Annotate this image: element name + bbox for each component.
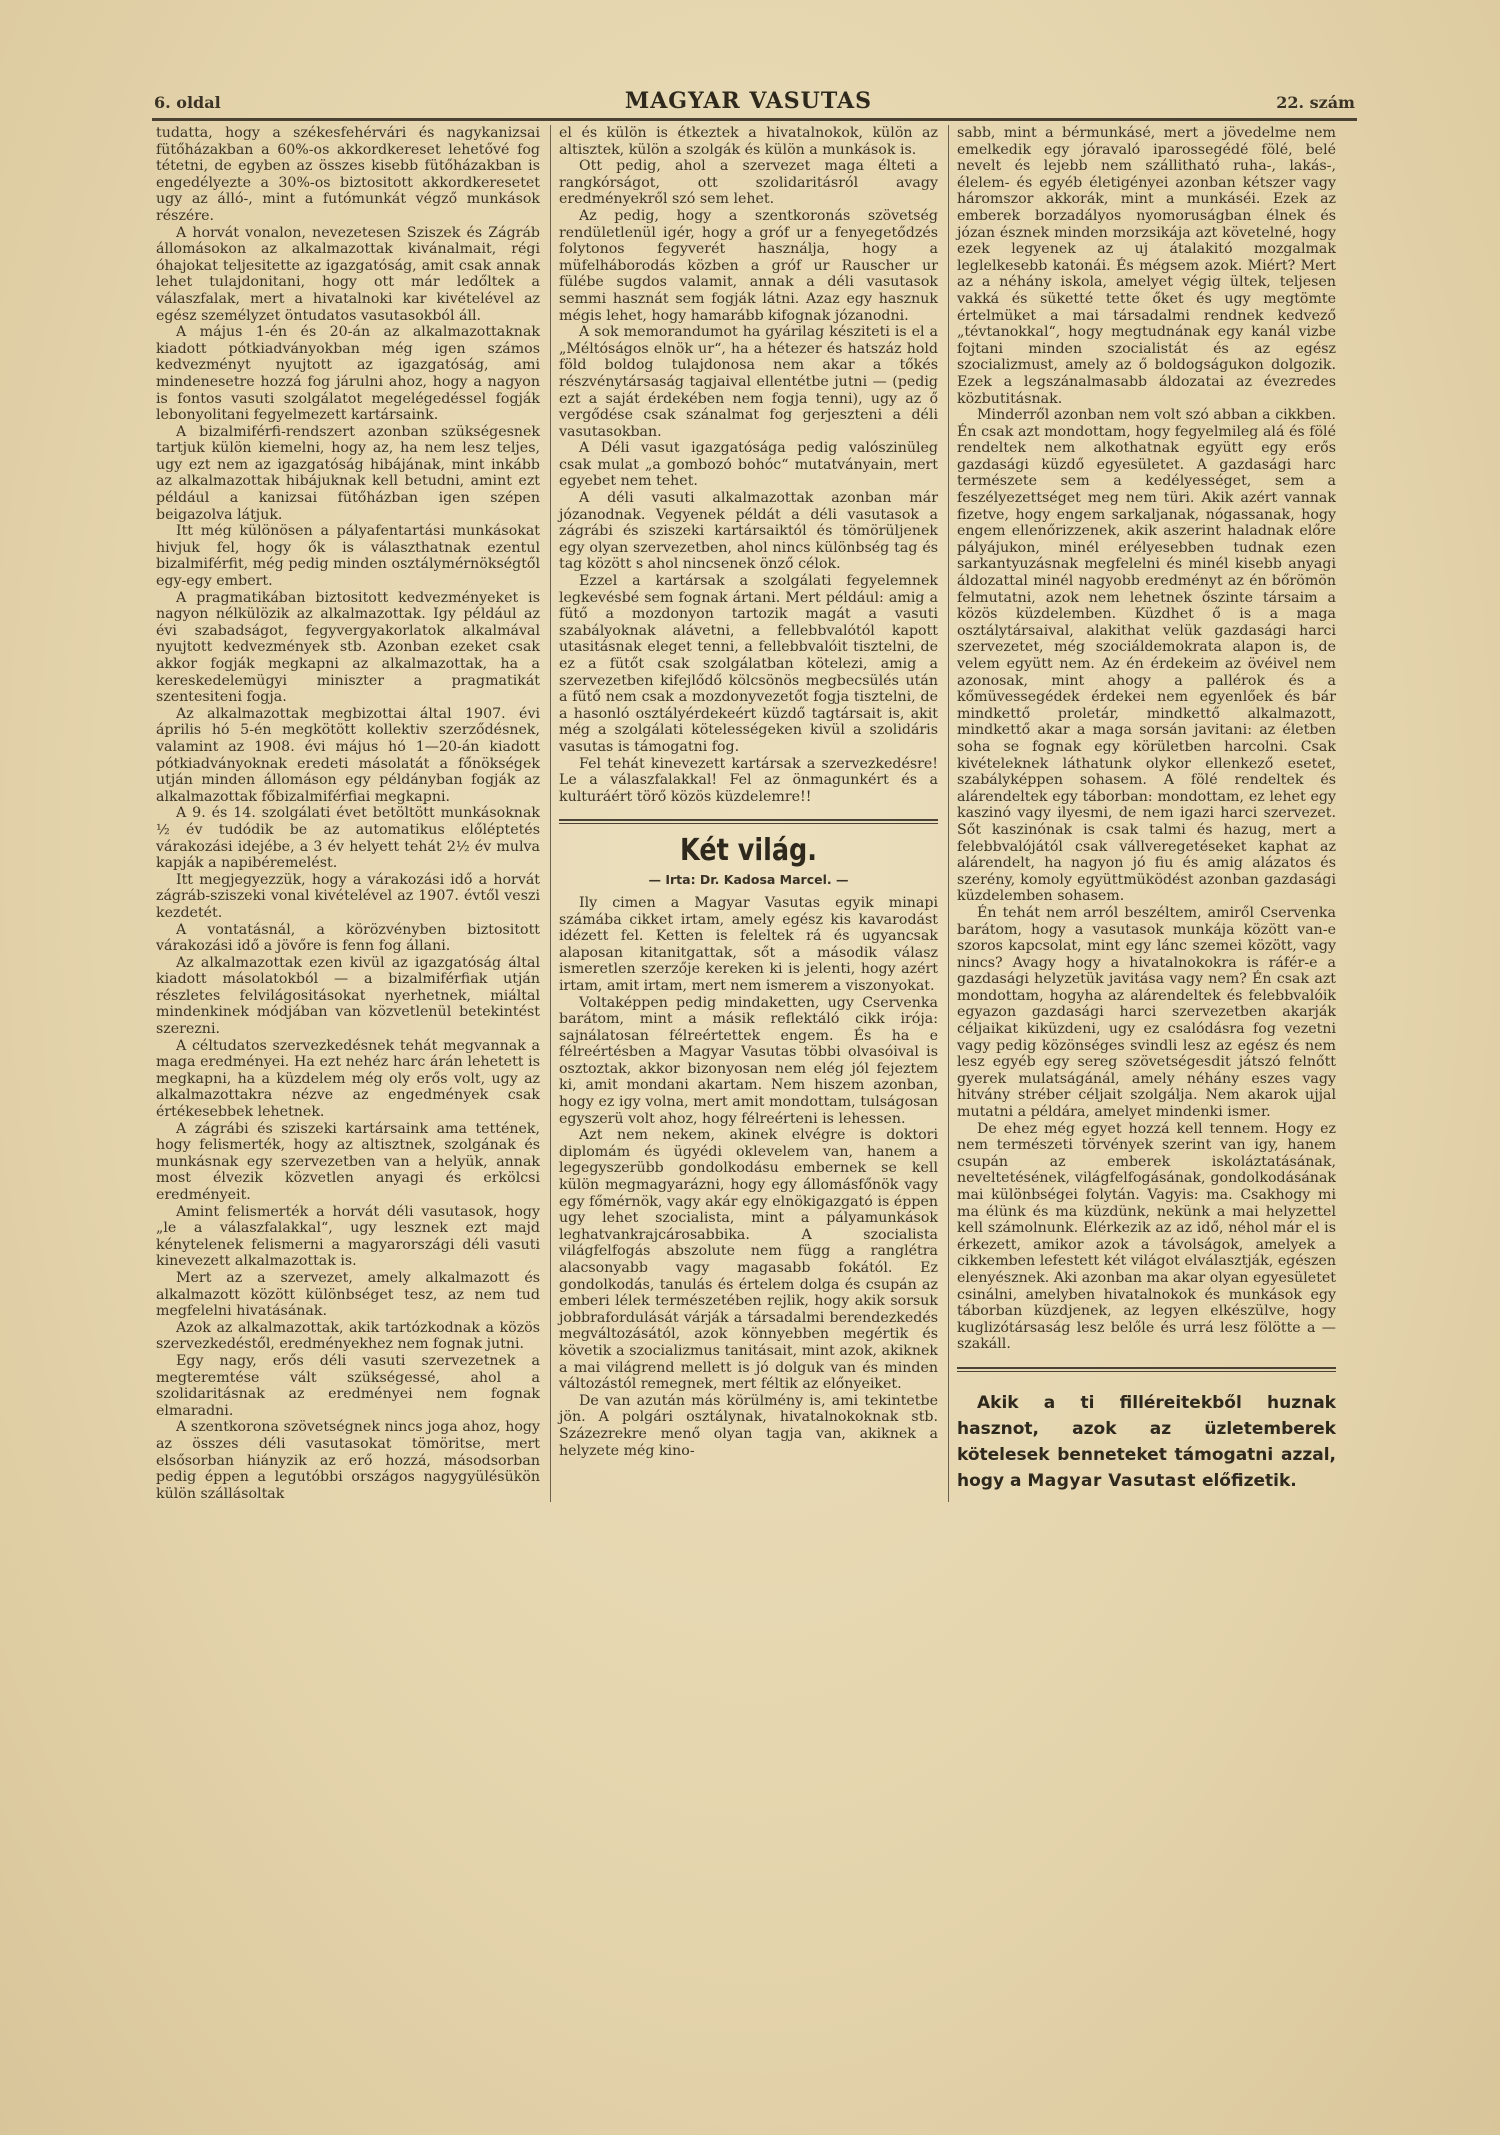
paragraph: A szentkorona szövetségnek nincs joga ah… [156,1419,540,1502]
paragraph: Amint felismerték a horvát déli vasutaso… [156,1204,540,1270]
page-number: 6. oldal [154,93,221,112]
columns: tudatta, hogy a székesfehérvári és nagyk… [152,125,1357,1502]
issue-number: 22. szám [1276,93,1355,112]
paragraph: A horvát vonalon, nevezetesen Sziszek és… [156,225,540,325]
paragraph: A déli vasuti alkalmazottak azonban már … [559,490,938,573]
paragraph: Én tehát nem arról beszéltem, amiről Cse… [957,905,1336,1121]
newspaper-title: MAGYAR VASUTAS [625,88,872,114]
header-rule [152,118,1357,121]
newspaper-page: 6. oldal MAGYAR VASUTAS 22. szám tudatta… [152,88,1357,1502]
paragraph: Az alkalmazottak megbizottai által 1907.… [156,706,540,806]
subscription-promo: Akik a ti filléreitekből huznak hasznot,… [957,1390,1336,1494]
paragraph: De ehez még egyet hozzá kell tennem. Hog… [957,1121,1336,1353]
promo-text-end: előfizetik. [1196,1471,1297,1491]
promo-brand: Magyar Vasutast [1027,1471,1196,1491]
article-separator [559,819,938,824]
paragraph: A május 1-én és 20-án az alkalmazottakna… [156,324,540,424]
paragraph: tudatta, hogy a székesfehérvári és nagyk… [156,125,540,225]
paragraph: A bizalmiférfi-rendszert azonban szükség… [156,424,540,524]
paragraph: A pragmatikában biztositott kedvezmények… [156,590,540,706]
paragraph: Ott pedig, ahol a szervezet maga élteti … [559,158,938,208]
paragraph: Egy nagy, erős déli vasuti szervezetnek … [156,1353,540,1419]
paragraph: Mert az a szervezet, amely alkalmazott é… [156,1270,540,1320]
column-3: sabb, mint a bérmunkásé, mert a jövedelm… [948,125,1340,1502]
paragraph: A vontatásnál, a körözvényben biztositot… [156,922,540,955]
paragraph: A Déli vasut igazgatósága pedig valószin… [559,440,938,490]
paragraph: De van azután más körülmény is, ami teki… [559,1393,938,1459]
promo-separator [957,1367,1336,1372]
column-2: el és külön is étkeztek a hivatalnokok, … [550,125,942,1502]
paragraph: Itt még különösen a pályafentartási munk… [156,523,540,589]
paragraph: A zágrábi és sziszeki kartársaink ama te… [156,1121,540,1204]
paragraph: A sok memorandumot ha gyárilag késziteti… [559,324,938,440]
paragraph: Az alkalmazottak ezen kivül az igazgatós… [156,955,540,1038]
paragraph: A 9. és 14. szolgálati évet betöltött mu… [156,805,540,871]
article-title: Két világ. [587,834,909,868]
paragraph: Azok az alkalmazottak, akik tartózkodnak… [156,1320,540,1353]
paragraph: Voltaképpen pedig mindaketten, ugy Cserv… [559,995,938,1128]
paragraph: Azt nem nekem, akinek elvégre is doktori… [559,1127,938,1393]
paragraph: sabb, mint a bérmunkásé, mert a jövedelm… [957,125,1336,407]
paragraph: Minderről azonban nem volt szó abban a c… [957,407,1336,905]
paragraph: Fel tehát kinevezett kartársak a szervez… [559,756,938,806]
paragraph: Az pedig, hogy a szentkoronás szövetség … [559,208,938,324]
article-byline: — Irta: Dr. Kadosa Marcel. — [559,872,938,889]
column-1: tudatta, hogy a székesfehérvári és nagyk… [152,125,544,1502]
paragraph: A céltudatos szervezkedésnek tehát megva… [156,1038,540,1121]
paragraph: Ezzel a kartársak a szolgálati fegyelemn… [559,573,938,756]
paragraph: Ily cimen a Magyar Vasutas egyik minapi … [559,895,938,995]
masthead: 6. oldal MAGYAR VASUTAS 22. szám [152,88,1357,114]
paragraph: Itt megjegyezzük, hogy a várakozási idő … [156,872,540,922]
paragraph: el és külön is étkeztek a hivatalnokok, … [559,125,938,158]
